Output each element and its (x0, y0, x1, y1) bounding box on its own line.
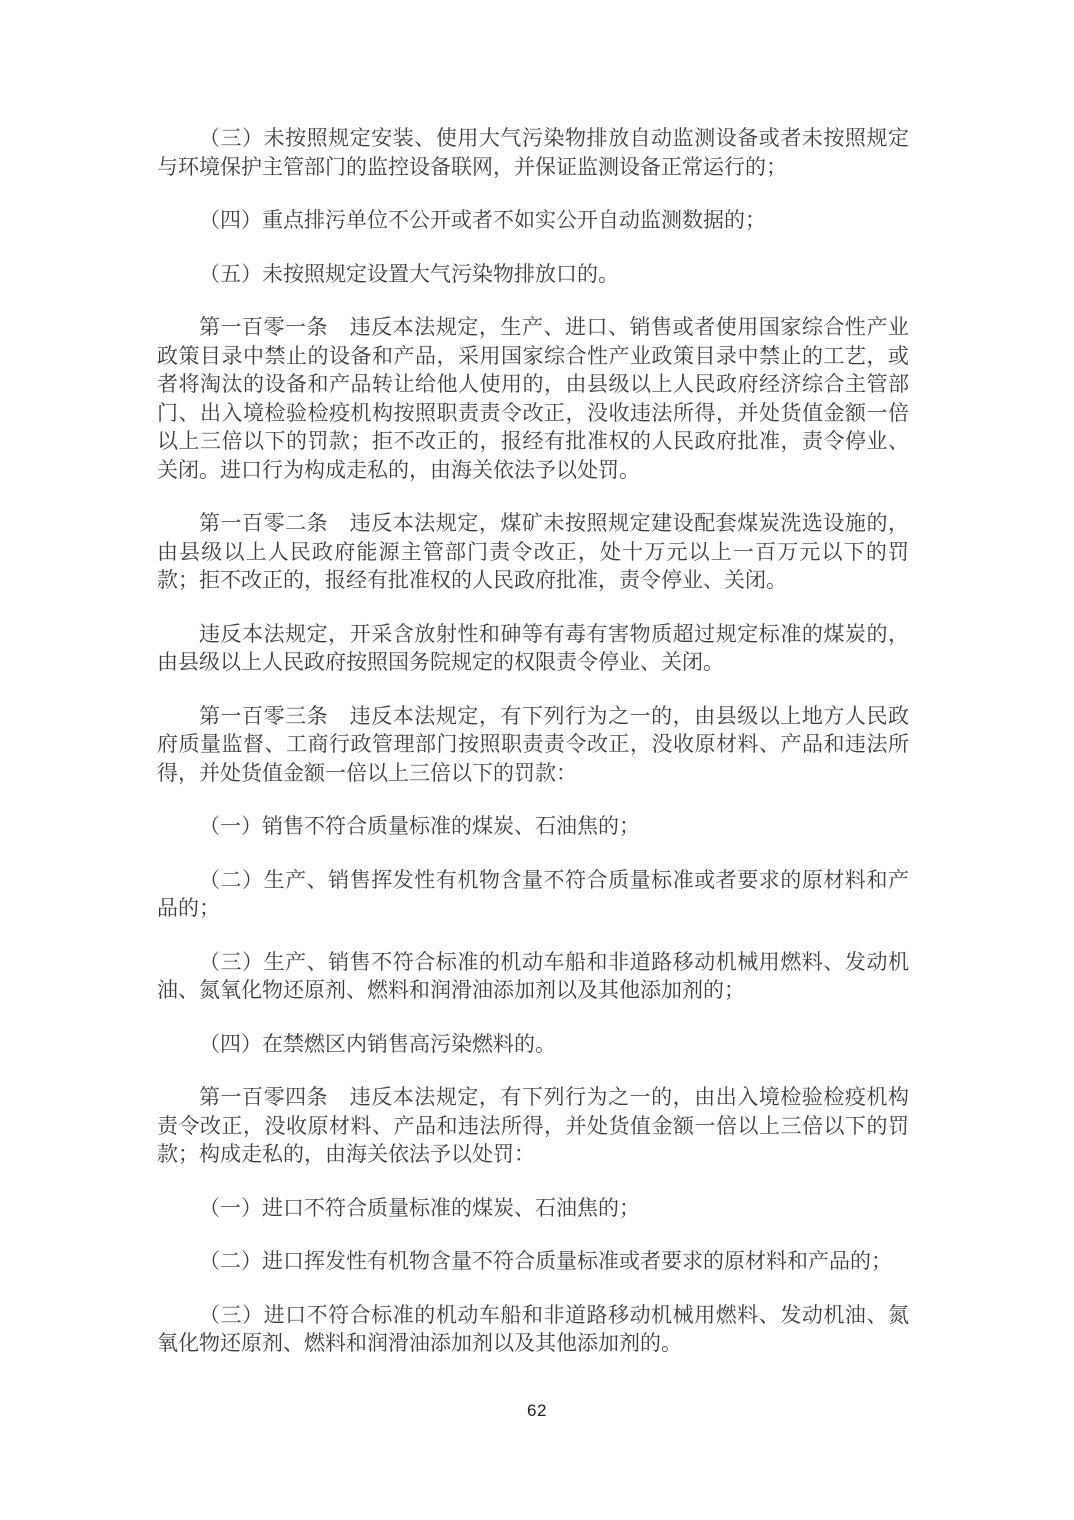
paragraph: （三）未按照规定安装、使用大气污染物排放自动监测设备或者未按照规定与环境保护主管… (157, 124, 909, 181)
paragraph: （一）销售不符合质量标准的煤炭、石油焦的； (157, 812, 909, 841)
paragraph: 第一百零二条 违反本法规定，煤矿未按照规定建设配套煤炭洗选设施的，由县级以上人民… (157, 509, 909, 595)
paragraph: （三）进口不符合标准的机动车船和非道路移动机械用燃料、发动机油、氮氧化物还原剂、… (157, 1301, 909, 1358)
paragraph: 第一百零四条 违反本法规定，有下列行为之一的，由出入境检验检疫机构责令改正，没收… (157, 1083, 909, 1169)
document-body: （三）未按照规定安装、使用大气污染物排放自动监测设备或者未按照规定与环境保护主管… (157, 124, 909, 1358)
paragraph: （五）未按照规定设置大气污染物排放口的。 (157, 260, 909, 289)
paragraph: （四）在禁燃区内销售高污染燃料的。 (157, 1030, 909, 1059)
page-number: 62 (527, 1401, 547, 1420)
paragraph: 第一百零三条 违反本法规定，有下列行为之一的，由县级以上地方人民政府质量监督、工… (157, 702, 909, 788)
paragraph: 违反本法规定，开采含放射性和砷等有毒有害物质超过规定标准的煤炭的，由县级以上人民… (157, 620, 909, 677)
paragraph: 第一百零一条 违反本法规定，生产、进口、销售或者使用国家综合性产业政策目录中禁止… (157, 313, 909, 484)
paragraph: （二）进口挥发性有机物含量不符合质量标准或者要求的原材料和产品的； (157, 1247, 909, 1276)
paragraph: （三）生产、销售不符合标准的机动车船和非道路移动机械用燃料、发动机油、氮氧化物还… (157, 948, 909, 1005)
document-page: （三）未按照规定安装、使用大气污染物排放自动监测设备或者未按照规定与环境保护主管… (0, 0, 1074, 1520)
paragraph: （二）生产、销售挥发性有机物含量不符合质量标准或者要求的原材料和产品的； (157, 866, 909, 923)
paragraph: （四）重点排污单位不公开或者不如实公开自动监测数据的； (157, 206, 909, 235)
page-footer: 62 (0, 1401, 1074, 1421)
paragraph: （一）进口不符合质量标准的煤炭、石油焦的； (157, 1194, 909, 1223)
